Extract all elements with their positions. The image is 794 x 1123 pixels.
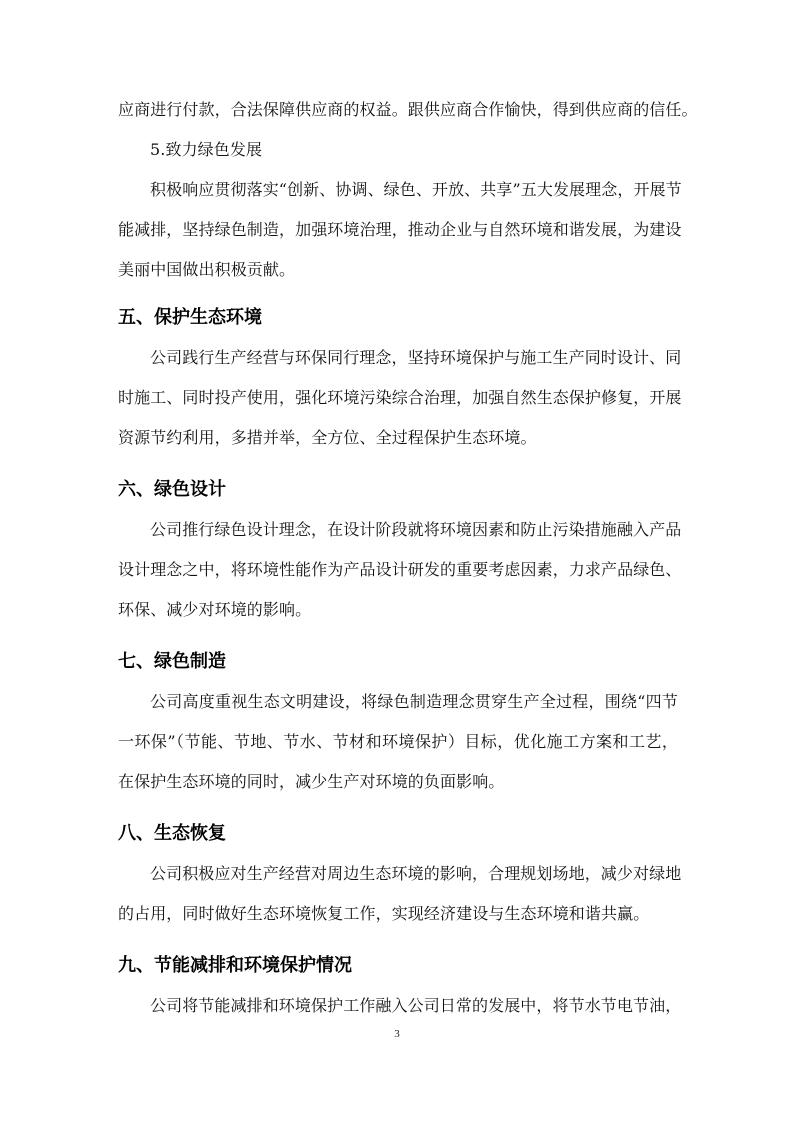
paragraph-line: 在保护生态环境的同时，减少生产对环境的负面影响。	[118, 772, 678, 792]
paragraph-line: 的占用，同时做好生态环境恢复工作，实现经济建设与生态环境和谐共赢。	[118, 904, 678, 924]
paragraph-line: 能减排，坚持绿色制造，加强环境治理，推动企业与自然环境和谐发展，为建设	[118, 220, 678, 240]
paragraph-line: 环保、减少对环境的影响。	[118, 600, 678, 620]
paragraph-line: 公司积极应对生产经营对周边生态环境的影响，合理规划场地，减少对绿地	[150, 864, 678, 884]
section-heading: 八、生态恢复	[118, 823, 226, 845]
paragraph-line: 公司践行生产经营与环保同行理念，坚持环境保护与施工生产同时设计、同	[150, 348, 678, 368]
page-number: 3	[0, 1028, 794, 1040]
document-page: 应商进行付款，合法保障供应商的权益。跟供应商合作愉快，得到供应商的信任。 5.致…	[0, 0, 794, 1123]
paragraph-line: 积极响应贯彻落实“创新、协调、绿色、开放、共享”五大发展理念，开展节	[150, 180, 678, 200]
section-heading: 七、绿色制造	[118, 651, 226, 673]
paragraph-line: 美丽中国做出积极贡献。	[118, 260, 678, 280]
paragraph-line: 时施工、同时投产使用，强化环境污染综合治理，加强自然生态保护修复，开展	[118, 388, 678, 408]
paragraph-line: 一环保”（节能、节地、节水、节材和环境保护）目标，优化施工方案和工艺，	[118, 732, 678, 752]
section-heading: 九、节能减排和环境保护情况	[118, 955, 352, 977]
section-heading: 五、保护生态环境	[118, 307, 262, 329]
subsection-title: 5.致力绿色发展	[150, 140, 710, 160]
paragraph-line: 设计理念之中，将环境性能作为产品设计研发的重要考虑因素，力求产品绿色、	[118, 560, 678, 580]
paragraph-line: 公司将节能减排和环境保护工作融入公司日常的发展中，将节水节电节油，	[150, 996, 678, 1016]
paragraph-line: 应商进行付款，合法保障供应商的权益。跟供应商合作愉快，得到供应商的信任。	[118, 100, 678, 120]
paragraph-line: 公司高度重视生态文明建设，将绿色制造理念贯穿生产全过程，围绕“四节	[150, 692, 678, 712]
section-heading: 六、绿色设计	[118, 479, 226, 501]
paragraph-line: 公司推行绿色设计理念，在设计阶段就将环境因素和防止污染措施融入产品	[150, 520, 678, 540]
paragraph-line: 资源节约利用，多措并举，全方位、全过程保护生态环境。	[118, 428, 678, 448]
